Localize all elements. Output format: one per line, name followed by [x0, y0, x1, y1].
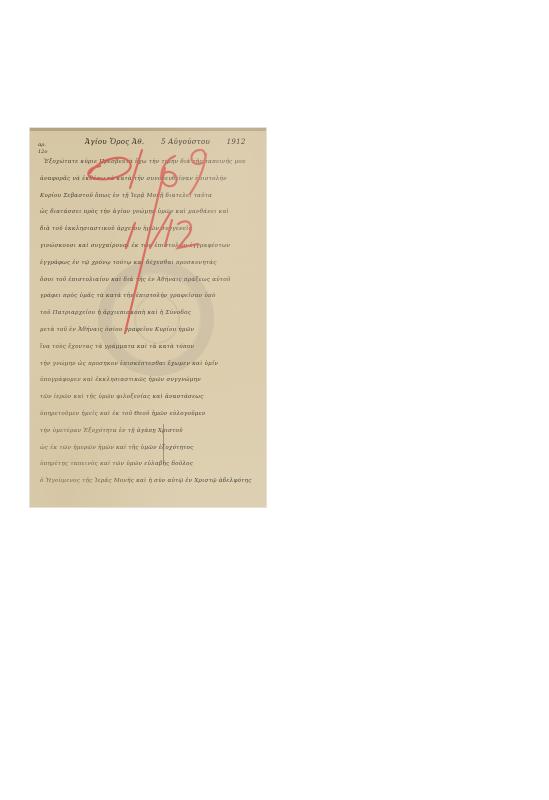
letter-paper: αρ. 12ο Ἀγίου Ὄρος Ἀθ. 5 Αὐγούστου 1912 … [30, 128, 266, 507]
scan-page: αρ. 12ο Ἀγίου Ὄρος Ἀθ. 5 Αὐγούστου 1912 … [0, 0, 549, 800]
red-pencil-annotation [30, 128, 266, 507]
